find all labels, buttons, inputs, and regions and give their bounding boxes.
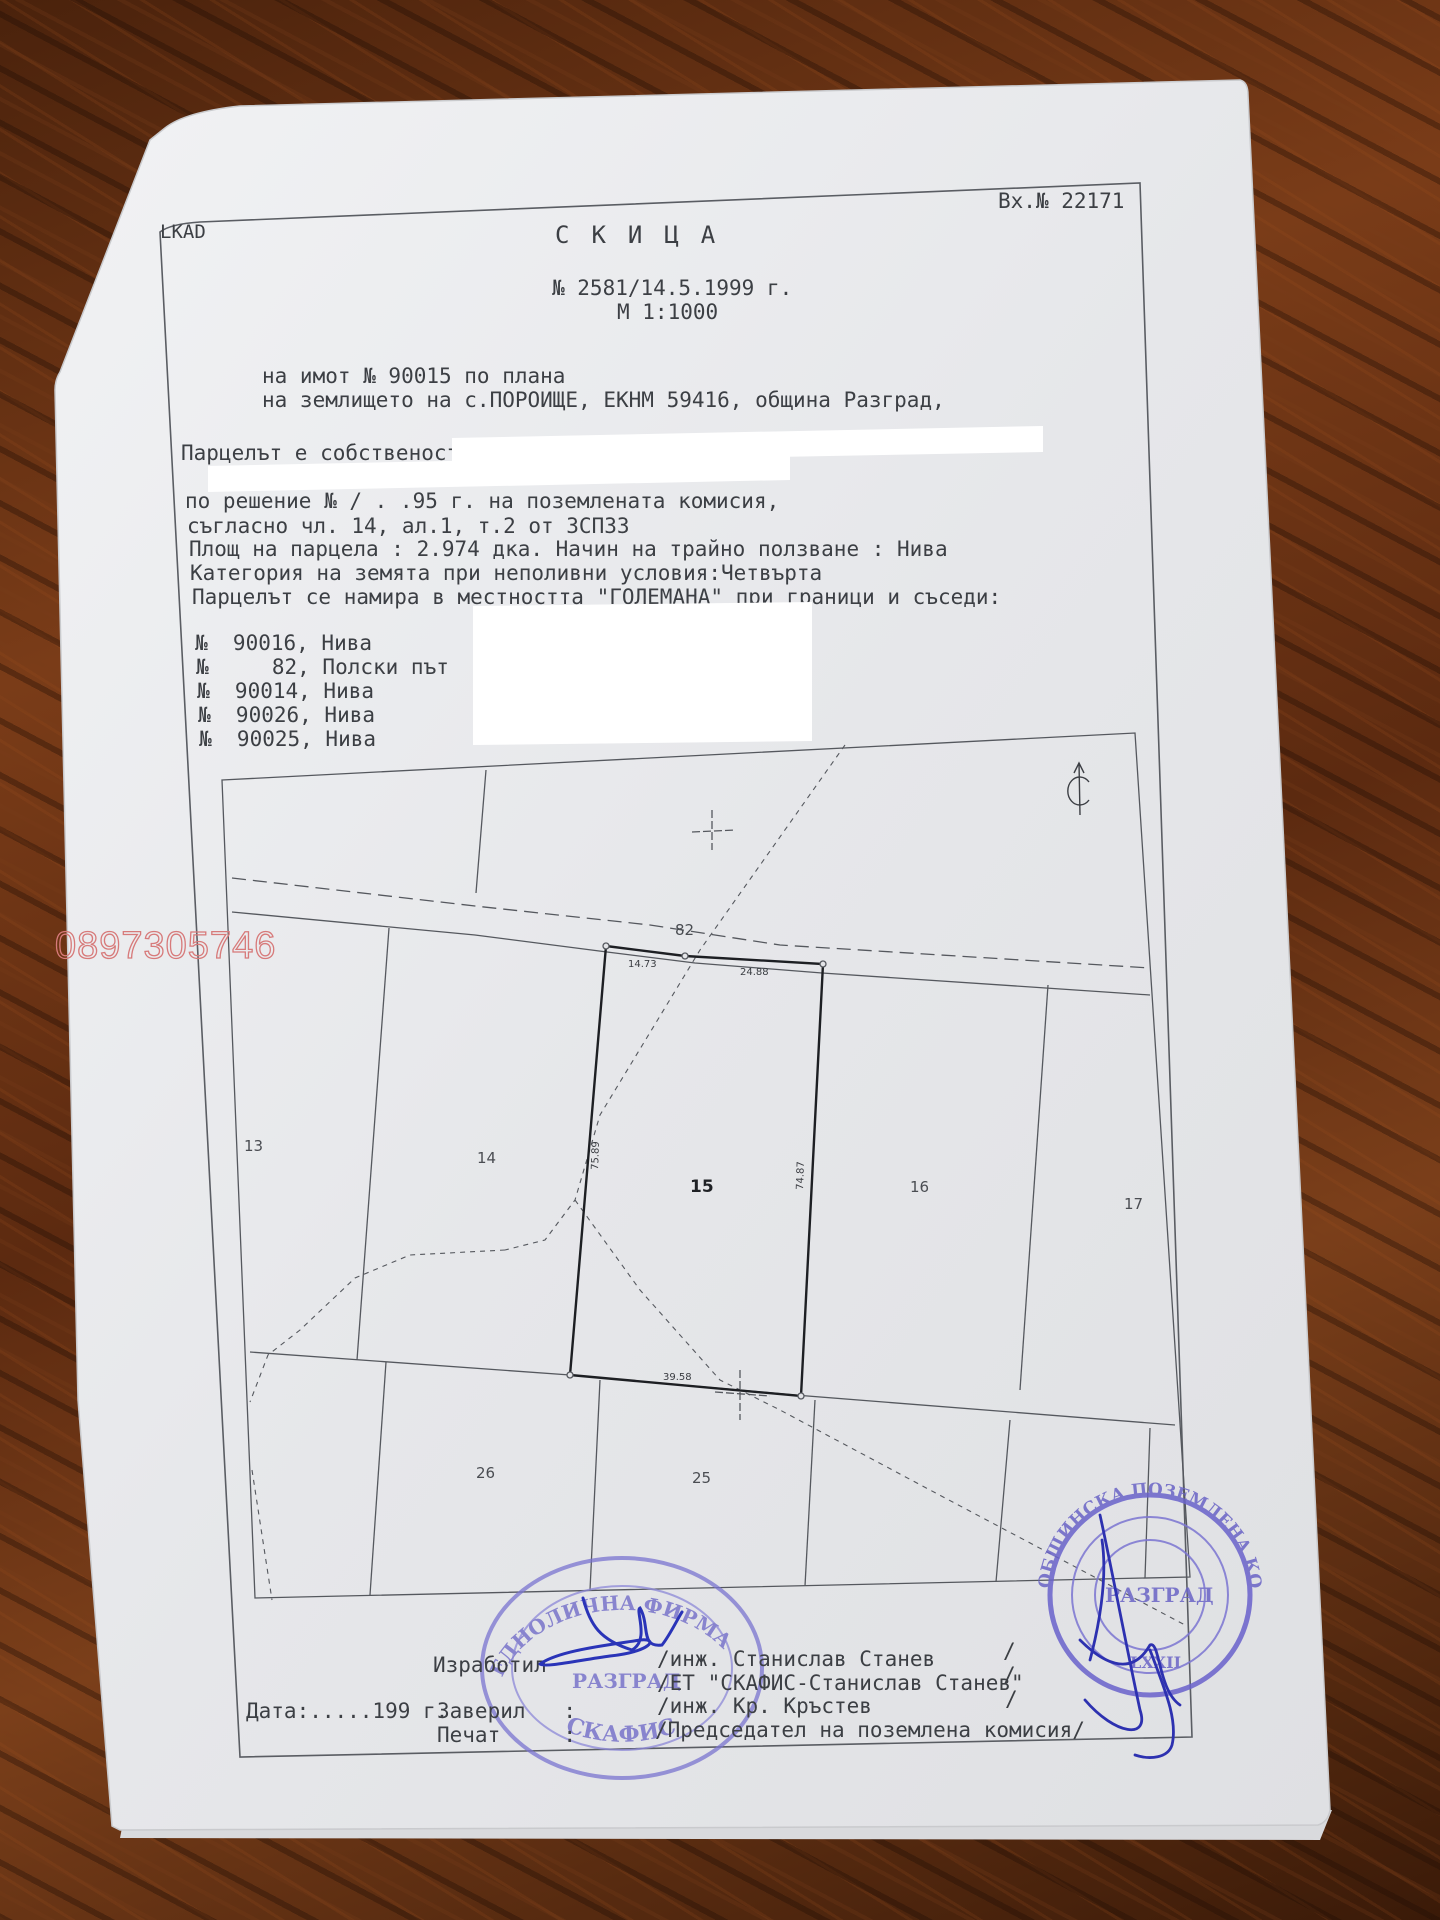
parcel-label-14: 14 — [477, 1149, 496, 1167]
parcel-label-15: 15 — [690, 1177, 714, 1197]
neighbor-item: № 90014, Нива — [196, 679, 374, 703]
category-line: Категория на земята при неполивни услови… — [190, 561, 822, 585]
law-line: съгласно чл. 14, ал.1, т.2 от ЗСПЗЗ — [187, 514, 630, 538]
dimension-left-side: 75.89 — [590, 1141, 602, 1170]
incoming-number: Вх.№ 22171 — [998, 189, 1124, 213]
parcel-label-25: 25 — [692, 1469, 711, 1487]
neighbor-item: № 82, Полски път — [195, 655, 449, 679]
road-label: 82 — [675, 921, 694, 939]
dimension-top-right: 24.88 — [740, 967, 769, 978]
parcel-label-26: 26 — [476, 1464, 495, 1482]
prepared-by-label: Изработил — [433, 1653, 547, 1677]
document-scale: М 1:1000 — [617, 300, 718, 324]
document-sheet: LKAD Вх.№ 22171 СКИЦА № 2581/14.5.1999 г… — [0, 0, 1440, 1920]
slash-2: / — [1003, 1663, 1016, 1687]
neighbor-item: № 90016, Нива — [194, 631, 372, 655]
software-tag: LKAD — [160, 221, 206, 243]
slash-1: / — [1003, 1639, 1016, 1663]
prepared-by-name: /инж. Станислав Станев — [657, 1647, 935, 1671]
document-title: СКИЦА — [555, 221, 737, 249]
date-field: Дата:.....199 г. — [246, 1699, 448, 1723]
certified-by-label: Заверил : — [437, 1699, 576, 1723]
area-line: Площ на парцела : 2.974 дка. Начин на тр… — [189, 537, 948, 561]
chairman-title: /Председател на поземлена комисия/ — [655, 1718, 1085, 1742]
company-name: /ЕТ "СКАФИС-Станислав Станев" — [657, 1671, 1024, 1695]
property-line-2: на землището на с.ПОРОИЩЕ, ЕКНМ 59416, о… — [262, 388, 945, 412]
document-number-date: № 2581/14.5.1999 г. — [551, 276, 792, 300]
stamp-label: Печат : — [437, 1723, 576, 1747]
parcel-label-13: 13 — [244, 1137, 263, 1155]
phone-watermark: 0897305746 — [55, 925, 276, 967]
dimension-bottom: 39.58 — [663, 1372, 692, 1383]
parcel-label-16: 16 — [910, 1178, 929, 1196]
decision-line: по решение № / . .95 г. на поземлената к… — [185, 489, 779, 513]
property-line-1: на имот № 90015 по плана — [262, 364, 565, 388]
right-stamp-center-text: РАЗГРАД — [1105, 1583, 1214, 1607]
neighbor-item: № 90025, Нива — [198, 727, 376, 751]
dimension-top-left: 14.73 — [628, 959, 657, 970]
redaction-neighbors — [473, 602, 812, 745]
parcel-label-17: 17 — [1124, 1195, 1143, 1213]
neighbor-item: № 90026, Нива — [197, 703, 375, 727]
slash-3: / — [1005, 1687, 1018, 1711]
certified-by-name: /инж. Кр. Кръстев — [657, 1694, 872, 1718]
dimension-right-side: 74.87 — [795, 1161, 807, 1190]
